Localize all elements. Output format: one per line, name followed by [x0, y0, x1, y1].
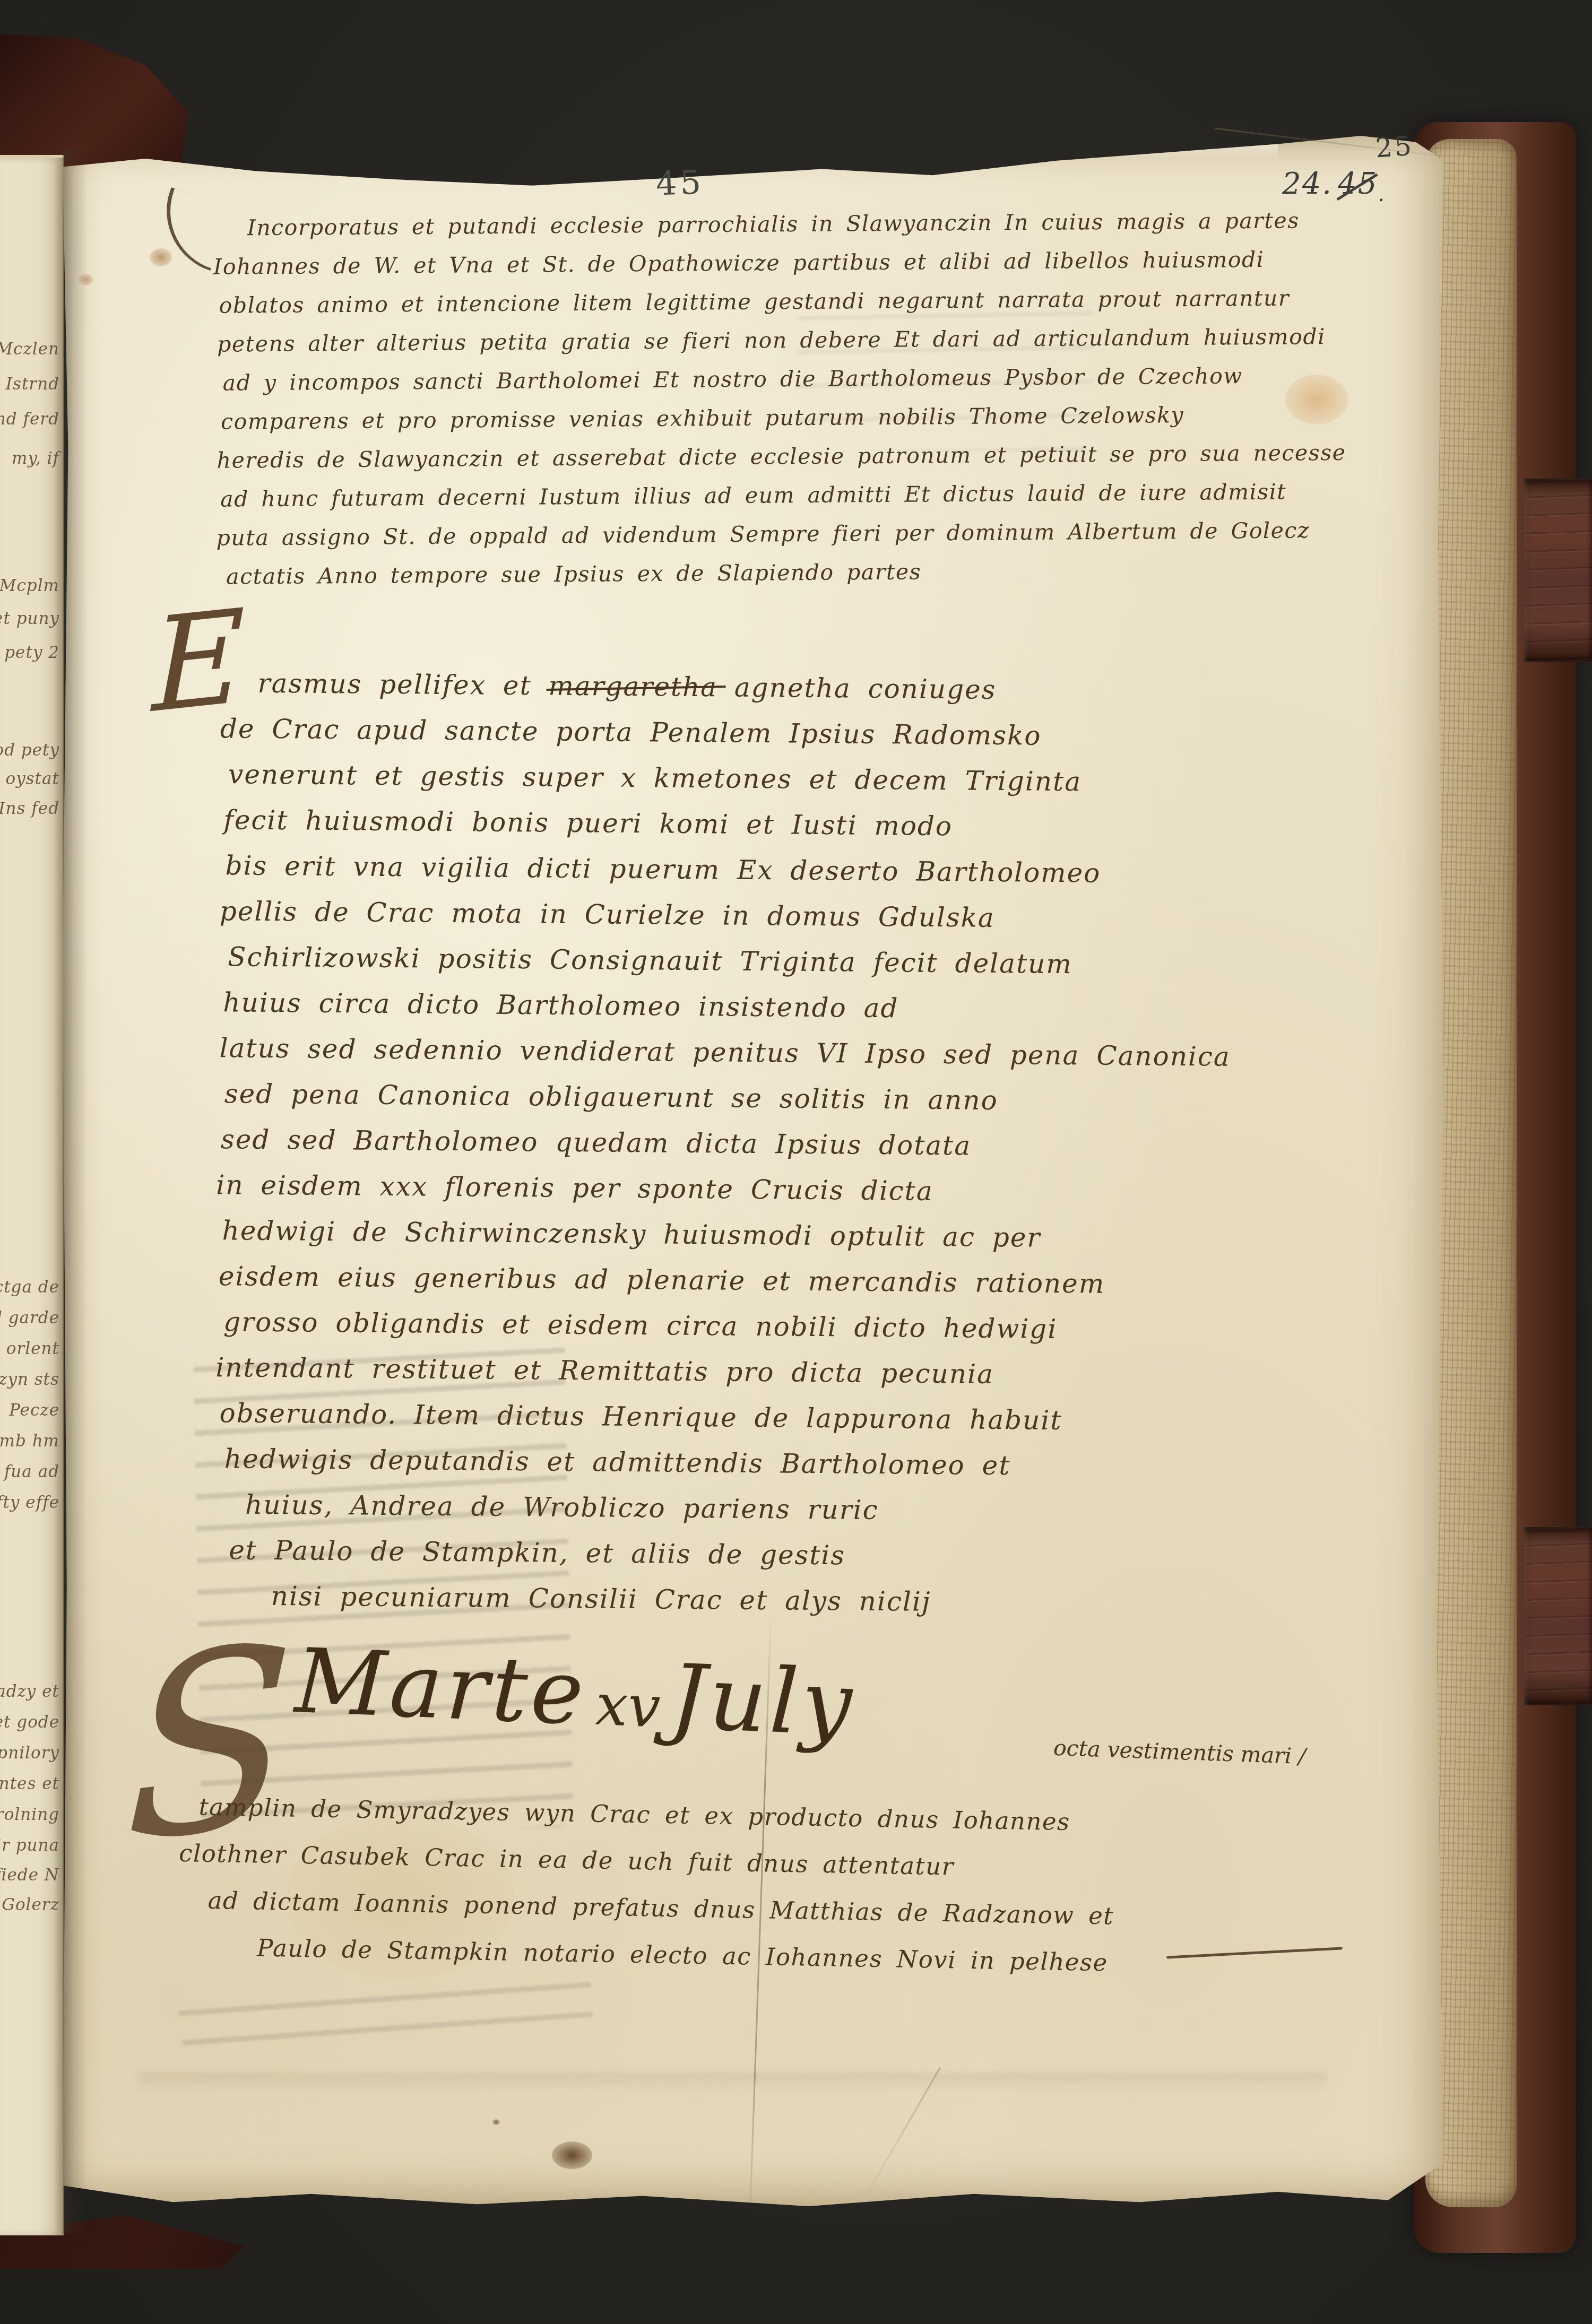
- folio-number-value: 24.: [1282, 167, 1333, 201]
- leather-strap-top: [1524, 479, 1592, 662]
- date-word: Marte: [293, 1629, 589, 1745]
- date-month: July: [668, 1645, 857, 1756]
- crease: [138, 2072, 1327, 2092]
- stain: [150, 248, 172, 266]
- stain: [492, 2119, 500, 2125]
- paragraph-line: actatis Anno tempore sue Ipsius ex de Sl…: [226, 556, 1399, 602]
- date-numeral: xv: [594, 1672, 662, 1741]
- stain: [552, 2141, 592, 2169]
- next-folio-number: 25: [1374, 131, 1414, 164]
- struck-word: margaretha: [548, 671, 717, 703]
- folio-number-struck: 45: [1338, 167, 1378, 201]
- line-text: agnetha coniuges: [717, 672, 997, 705]
- opening-paragraph: Incorporatus et putandi ecclesie parroch…: [213, 207, 1399, 603]
- book-cover-corner-top-left: [0, 0, 202, 180]
- manuscript-photo: dey Mczlengend Istrndggend ferdmy, ify M…: [0, 0, 1592, 2324]
- entry-paragraph: rasmus pellifex et margaretha agnetha co…: [212, 667, 1420, 1636]
- facing-page-strip: [0, 155, 64, 2235]
- closing-lines: tamplin de Smyradzyes wyn Crac et ex pro…: [177, 1792, 1400, 2000]
- folio-number: 24.45.: [1282, 167, 1386, 206]
- page-number-center: 45: [655, 162, 705, 203]
- gutter-shadow: [63, 149, 87, 2234]
- line-text: rasmus pellifex et: [257, 668, 548, 701]
- folio-number-dot: .: [1378, 182, 1386, 206]
- entry-paragraph-lines: de Crac apud sancte porta Penalem Ipsius…: [212, 713, 1420, 1636]
- leather-strap-bottom: [1524, 1527, 1592, 1705]
